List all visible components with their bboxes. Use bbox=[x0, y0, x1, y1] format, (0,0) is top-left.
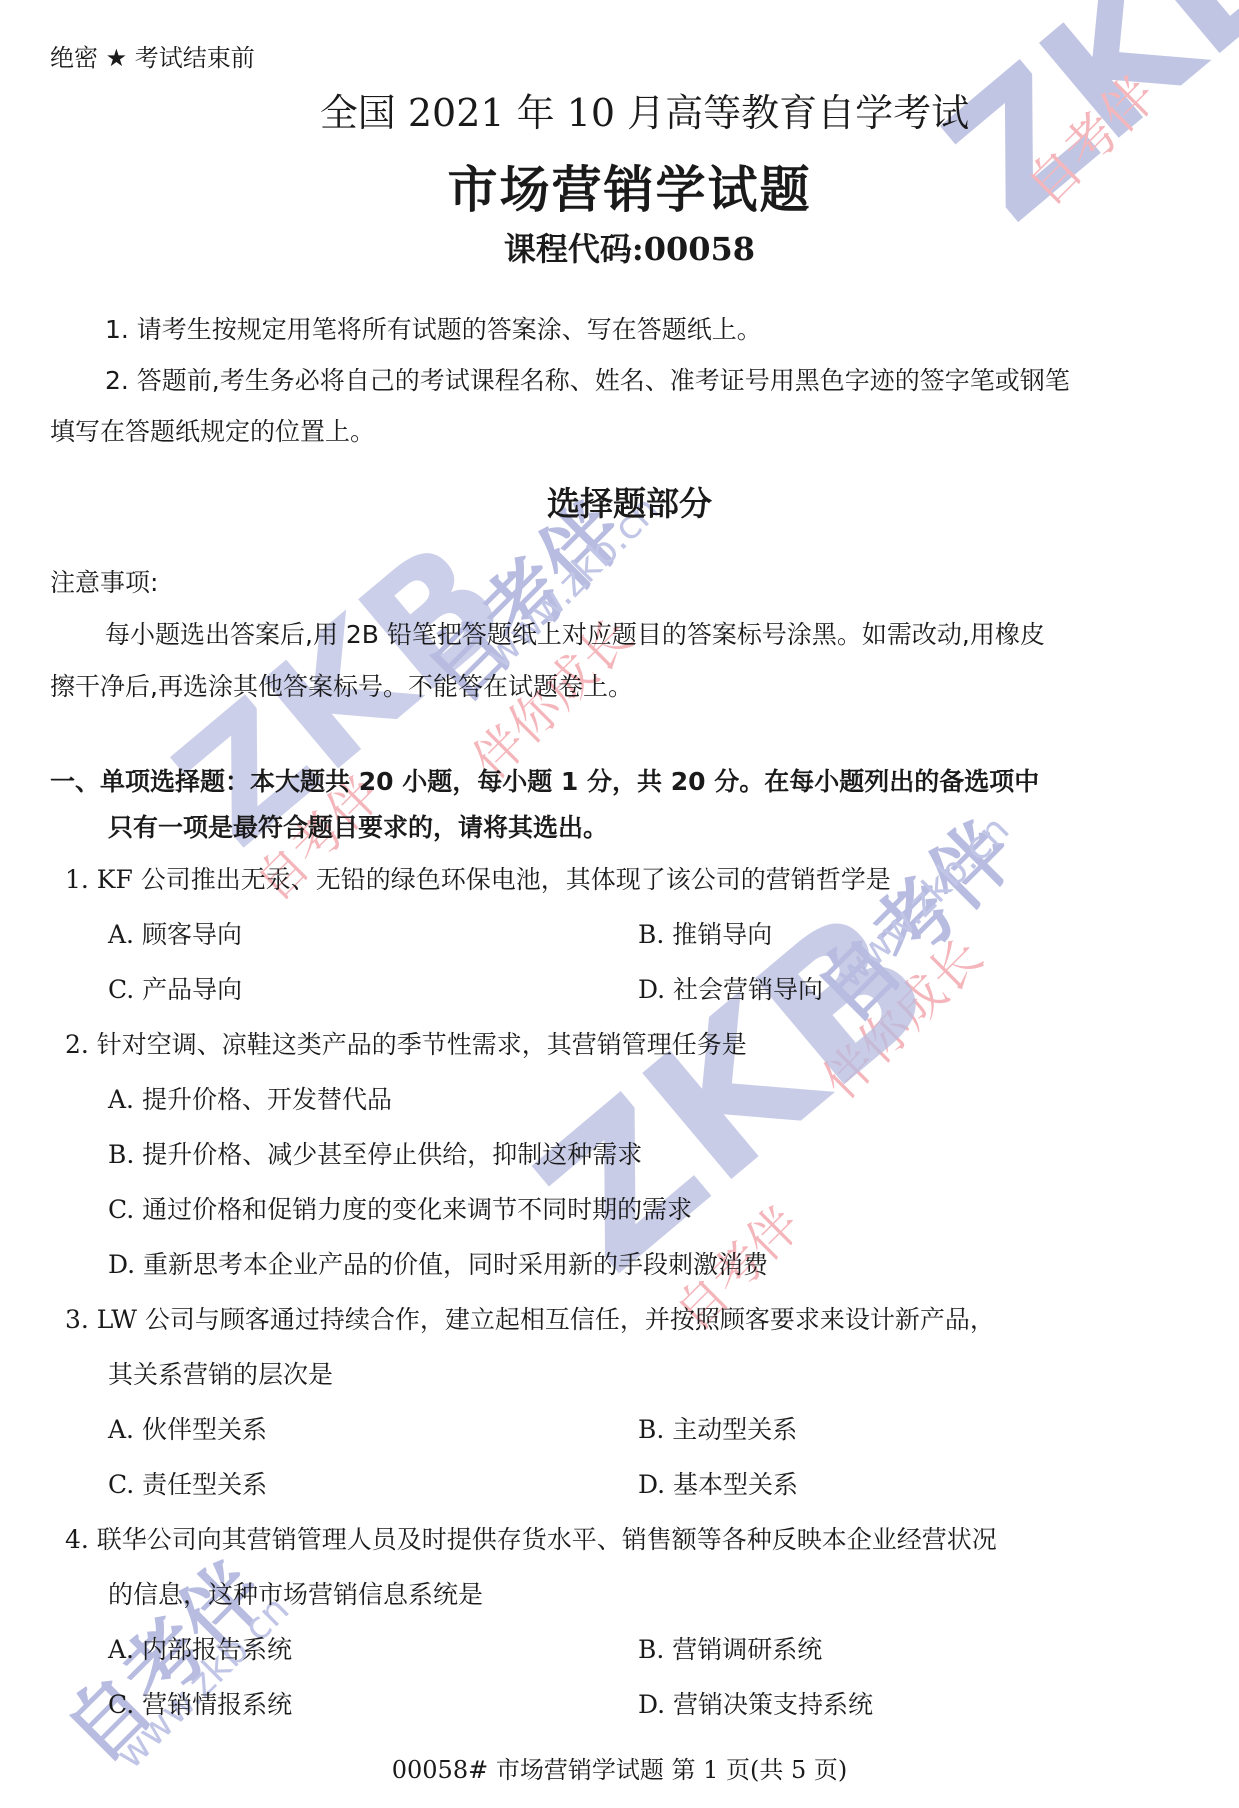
q1-option-a: A. 顾客导向 bbox=[108, 915, 242, 951]
section-title: 选择题部分 bbox=[0, 478, 1239, 525]
exam-page: 绝密 ★ 考试结束前 全国 2021 年 10 月高等教育自学考试 市场营销学试… bbox=[0, 0, 1239, 1808]
course-code: 课程代码:00058 bbox=[0, 224, 1239, 270]
q3-option-d: D. 基本型关系 bbox=[638, 1465, 798, 1501]
q2-option-a: A. 提升价格、开发替代品 bbox=[108, 1080, 392, 1116]
notes-line-2: 擦干净后,再选涂其他答案标号。不能答在试题卷上。 bbox=[50, 667, 633, 703]
instruction-1: 1. 请考生按规定用笔将所有试题的答案涂、写在答题纸上。 bbox=[105, 310, 762, 346]
q3-option-b: B. 主动型关系 bbox=[638, 1410, 797, 1446]
confidential-label: 绝密 ★ 考试结束前 bbox=[50, 38, 255, 73]
question-3: 3. LW 公司与顾客通过持续合作，建立起相互信任，并按照顾客要求来设计新产品， bbox=[65, 1300, 995, 1336]
instruction-2-cont: 填写在答题纸规定的位置上。 bbox=[50, 412, 375, 448]
question-1: 1. KF 公司推出无汞、无铅的绿色环保电池，其体现了该公司的营销哲学是 bbox=[65, 860, 891, 896]
q2-option-d: D. 重新思考本企业产品的价值，同时采用新的手段刺激消费 bbox=[108, 1245, 768, 1281]
q4-option-d: D. 营销决策支持系统 bbox=[638, 1685, 873, 1721]
instruction-2: 2. 答题前,考生务必将自己的考试课程名称、姓名、准考证号用黑色字迹的签字笔或钢… bbox=[105, 361, 1070, 397]
notes-line-1: 每小题选出答案后,用 2B 铅笔把答题纸上对应题目的答案标号涂黑。如需改动,用橡… bbox=[105, 615, 1045, 651]
q4-option-a: A. 内部报告系统 bbox=[108, 1630, 292, 1666]
notes-label: 注意事项: bbox=[50, 563, 158, 599]
part-one-heading-2: 只有一项是最符合题目要求的，请将其选出。 bbox=[108, 808, 608, 844]
q4-option-b: B. 营销调研系统 bbox=[638, 1630, 822, 1666]
q1-option-c: C. 产品导向 bbox=[108, 970, 242, 1006]
q3-option-c: C. 责任型关系 bbox=[108, 1465, 267, 1501]
part-one-heading-1: 一、单项选择题：本大题共 20 小题，每小题 1 分，共 20 分。在每小题列出… bbox=[50, 762, 1039, 798]
question-2: 2. 针对空调、凉鞋这类产品的季节性需求，其营销管理任务是 bbox=[65, 1025, 747, 1061]
q4-option-c: C. 营销情报系统 bbox=[108, 1685, 292, 1721]
q1-option-d: D. 社会营销导向 bbox=[638, 970, 823, 1006]
question-4-cont: 的信息，这种市场营销信息系统是 bbox=[108, 1575, 483, 1611]
page-footer: 00058# 市场营销学试题 第 1 页(共 5 页) bbox=[0, 1750, 1239, 1785]
question-4: 4. 联华公司向其营销管理人员及时提供存货水平、销售额等各种反映本企业经营状况 bbox=[65, 1520, 997, 1556]
q2-option-b: B. 提升价格、减少甚至停止供给，抑制这种需求 bbox=[108, 1135, 642, 1171]
q2-option-c: C. 通过价格和促销力度的变化来调节不同时期的需求 bbox=[108, 1190, 692, 1226]
q3-option-a: A. 伙伴型关系 bbox=[108, 1410, 267, 1446]
subject-title: 市场营销学试题 bbox=[0, 150, 1239, 222]
question-3-cont: 其关系营销的层次是 bbox=[108, 1355, 333, 1391]
q1-option-b: B. 推销导向 bbox=[638, 915, 772, 951]
exam-title: 全国 2021 年 10 月高等教育自学考试 bbox=[0, 82, 1239, 137]
